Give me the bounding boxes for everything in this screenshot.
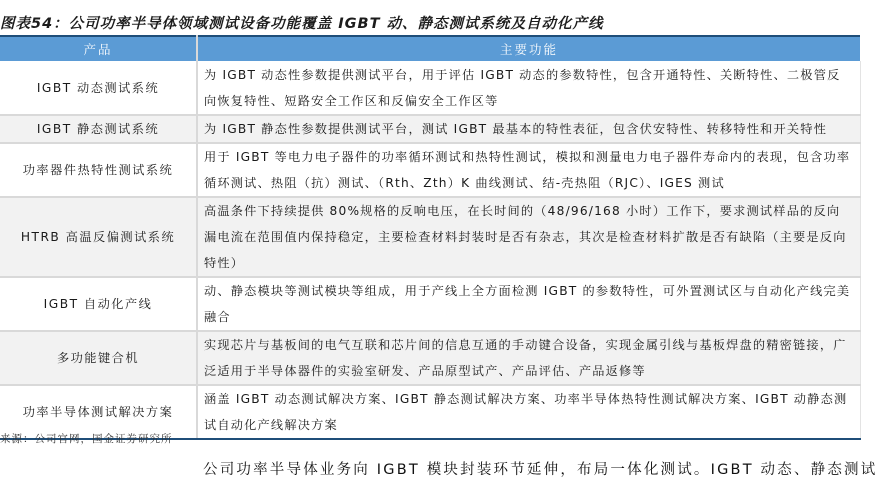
figure-title: 图表54：公司功率半导体领域测试设备功能覆盖 IGBT 动、静态测试系统及自动化… (0, 12, 604, 33)
product-name: IGBT 静态测试系统 (0, 115, 197, 143)
product-function: 用于 IGBT 等电力电子器件的功率循环测试和热特性测试，模拟和测量电力电子器件… (197, 143, 860, 197)
table-row: HTRB 高温反偏测试系统 高温条件下持续提供 80%规格的反响电压，在长时间的… (0, 197, 860, 277)
product-function: 涵盖 IGBT 动态测试解决方案、IGBT 静态测试解决方案、功率半导体热特性测… (197, 385, 860, 439)
product-function: 高温条件下持续提供 80%规格的反响电压，在长时间的（48/96/168 小时）… (197, 197, 860, 277)
table-row: IGBT 自动化产线 动、静态模块等测试模块等组成，用于产线上全方面检测 IGB… (0, 277, 860, 331)
product-function: 为 IGBT 动态性参数提供测试平台，用于评估 IGBT 动态的参数特性，包含开… (197, 61, 860, 115)
table-row: IGBT 动态测试系统 为 IGBT 动态性参数提供测试平台，用于评估 IGBT… (0, 61, 860, 115)
header-product: 产品 (0, 36, 197, 61)
body-paragraph: 公司功率半导体业务向 IGBT 模块封装环节延伸，布局一体化测试。IGBT 动态… (203, 458, 877, 479)
table-header-row: 产品 主要功能 (0, 36, 860, 61)
source-note: 来源：公司官网，国金证券研究所 (0, 431, 173, 446)
product-name: IGBT 自动化产线 (0, 277, 197, 331)
product-function: 动、静态模块等测试模块等组成，用于产线上全方面检测 IGBT 的参数特性，可外置… (197, 277, 860, 331)
table-row: IGBT 静态测试系统 为 IGBT 静态性参数提供测试平台，测试 IGBT 最… (0, 115, 860, 143)
table-row: 功率器件热特性测试系统 用于 IGBT 等电力电子器件的功率循环测试和热特性测试… (0, 143, 860, 197)
header-main-function: 主要功能 (197, 36, 860, 61)
product-name: 功率器件热特性测试系统 (0, 143, 197, 197)
product-function: 为 IGBT 静态性参数提供测试平台，测试 IGBT 最基本的特性表征，包含伏安… (197, 115, 860, 143)
product-function-table: 产品 主要功能 IGBT 动态测试系统 为 IGBT 动态性参数提供测试平台，用… (0, 35, 861, 440)
product-function: 实现芯片与基板间的电气互联和芯片间的信息互通的手动键合设备，实现金属引线与基板焊… (197, 331, 860, 385)
product-name: IGBT 动态测试系统 (0, 61, 197, 115)
product-name: 多功能键合机 (0, 331, 197, 385)
table-row: 多功能键合机 实现芯片与基板间的电气互联和芯片间的信息互通的手动键合设备，实现金… (0, 331, 860, 385)
product-name: HTRB 高温反偏测试系统 (0, 197, 197, 277)
